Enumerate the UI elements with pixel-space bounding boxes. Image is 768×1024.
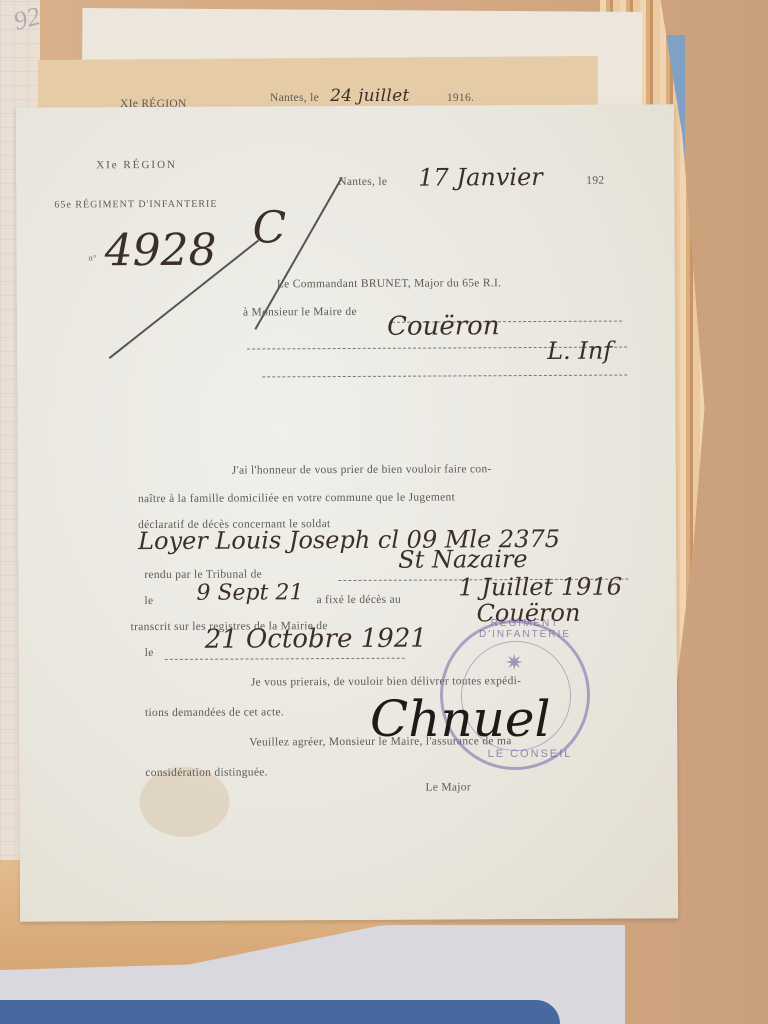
- underlying-date: Nantes, le 24 juillet 1916.: [270, 86, 474, 106]
- number-label: n°: [89, 253, 97, 262]
- underlying-date-handwritten: 24 juillet: [326, 86, 439, 107]
- reference-number: 4928: [104, 225, 216, 277]
- blank-line: [165, 658, 405, 660]
- tribunal-value: St Nazaire: [398, 545, 527, 574]
- le-label: le: [144, 595, 153, 607]
- margin-mark: C: [252, 202, 286, 253]
- body-para3-line2: considération distinguée.: [145, 766, 268, 779]
- underlying-year: 1916.: [447, 92, 474, 104]
- blue-folder: [0, 1000, 560, 1024]
- recipient-department: L. Inf: [547, 337, 612, 365]
- header-region: XIe RÉGION: [96, 159, 177, 171]
- le-label-2: le: [145, 647, 154, 659]
- recipient-commune: Couëron: [387, 311, 500, 342]
- death-label: a fixé le décès au: [316, 594, 401, 606]
- date-handwritten: 17 Janvier: [418, 163, 543, 192]
- stamp-star-icon: ✷: [505, 650, 523, 676]
- body-para1-line2: naître à la famille domiciliée en votre …: [138, 491, 455, 505]
- letter-sheet: XIe RÉGION 65e RÉGIMENT D'INFANTERIE n° …: [16, 104, 678, 921]
- header-regiment: 65e RÉGIMENT D'INFANTERIE: [54, 199, 217, 211]
- blank-line: [262, 375, 627, 378]
- body-para2-line2: tions demandées de cet acte.: [145, 706, 284, 719]
- signer-title: Le Major: [425, 781, 471, 793]
- signature: Chnuel: [370, 690, 550, 748]
- body-para1-line1: J'ai l'honneur de vous prier de bien vou…: [232, 463, 492, 476]
- stamp-text-top: RÉGIMENT D'INFANTERIE: [460, 618, 590, 640]
- date-prefix: Nantes, le: [338, 176, 387, 188]
- recipient-prefix: à Monsieur le Maire de: [243, 306, 357, 319]
- transcription-date: 21 Octobre 1921: [205, 624, 427, 655]
- underlying-date-prefix: Nantes, le: [270, 92, 319, 104]
- sender-line: Le Commandant BRUNET, Major du 65e R.I.: [277, 277, 502, 290]
- date-year: 192: [586, 175, 604, 187]
- death-date: 1 Juillet 1916: [458, 573, 622, 602]
- stamp-text-bottom: LE CONSEIL: [480, 748, 580, 760]
- tribunal-label: rendu par le Tribunal de: [144, 568, 262, 581]
- judgment-date: 9 Sept 21: [196, 580, 303, 606]
